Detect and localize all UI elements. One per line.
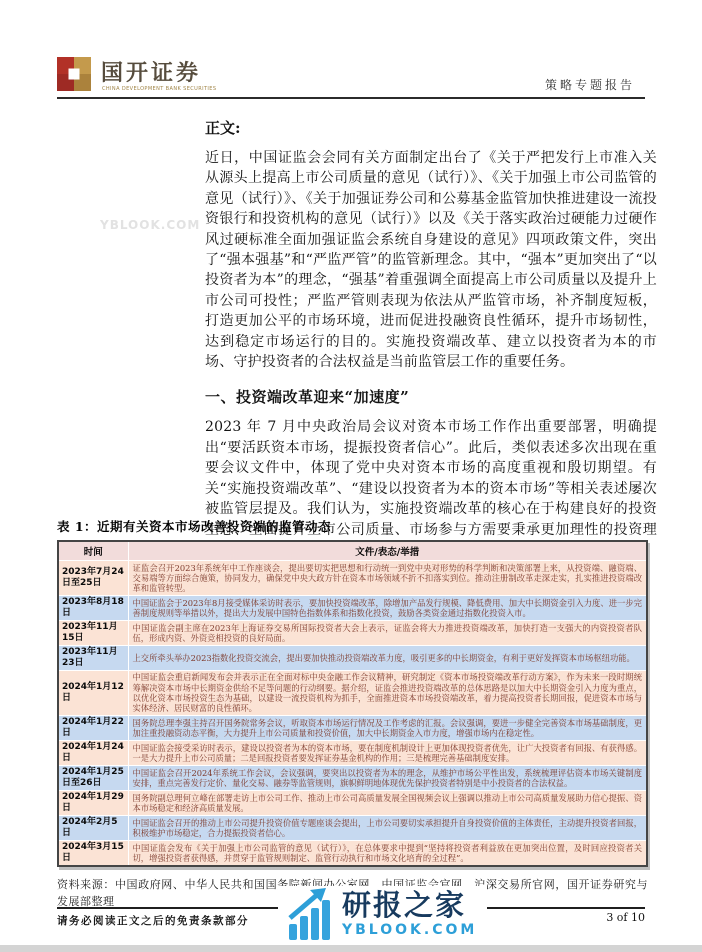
- row-content: 国务院副总理何立峰在部署走访上市公司工作、推动上市公司高质量发展全国视频会议上强…: [128, 791, 647, 816]
- company-name-en: CHINA DEVELOPMENT BANK SECURITIES: [102, 86, 216, 92]
- table-row: 2024年2月5日中国证监会召开的推动上市公司提升投资价值专题座谈会提出，上市公…: [58, 816, 647, 841]
- bar-chart-arrow-icon: [288, 888, 334, 940]
- paragraph: 近日，中国证监会会同有关方面制定出台了《关于严把发行上市准入关从源头上提高上市公…: [205, 148, 657, 372]
- row-date: 2024年1月29日: [58, 791, 128, 816]
- page-number: 3 of 10: [606, 911, 645, 924]
- row-content: 上交所牵头举办2023指数化投资交流会，提出要加快推动投资端改革力度，吸引更多的…: [128, 645, 647, 670]
- row-date: 2024年2月5日: [58, 816, 128, 841]
- row-date: 2024年1月24日: [58, 741, 128, 766]
- table-row: 2024年3月15日中国证监会发布《关于加强上市公司监管的意见（试行）》，在总体…: [58, 841, 647, 867]
- row-content: 中国证监会接受采访时表示，建设以投资者为本的资本市场，要在制度机制设计上更加体现…: [128, 741, 647, 766]
- body-label: 正文:: [205, 117, 657, 138]
- table-row: 2024年1月24日中国证监会接受采访时表示，建设以投资者为本的资本市场，要在制…: [58, 741, 647, 766]
- row-content: 中国证监会召开2024年系统工作会议，会议强调，要突出以投资者为本的理念，从维护…: [128, 766, 647, 791]
- row-content: 中国证监会发布《关于加强上市公司监管的意见（试行）》，在总体要求中提到“坚持将投…: [128, 841, 647, 867]
- row-date: 2024年1月22日: [58, 716, 128, 741]
- row-content: 中国证监会召开的推动上市公司提升投资价值专题座谈会提出，上市公司要切实承担提升自…: [128, 816, 647, 841]
- watermark-logo: 研报之家 YBLOOK.COM: [278, 886, 487, 942]
- table-block: 表 1：近期有关资本市场改善投资端的监管动态 时间 文件/表态/举措 2023年…: [57, 517, 648, 910]
- company-name: 国开证券: [101, 56, 201, 87]
- row-date: 2024年1月12日: [58, 670, 128, 715]
- row-content: 国务院总理李强主持召开国务院常务会议，听取资本市场运行情况及工作考虑的汇报。会议…: [128, 716, 647, 741]
- table-row: 2024年1月12日中国证监会重启新闻发布会并表示正在全面对标中央金融工作会议精…: [58, 670, 647, 715]
- table-title: 表 1：近期有关资本市场改善投资端的监管动态: [57, 517, 648, 535]
- section-heading: 一、投资端改革迎来“加速度”: [205, 386, 657, 407]
- row-date: 2023年8月18日: [58, 595, 128, 620]
- disclaimer-text: 请务必阅读正文之后的免责条款部分: [57, 913, 249, 928]
- page-bottom-strip: [0, 945, 702, 952]
- row-content: 中国证监会于2023年8月接受媒体采访时表示，要加快投资端改革，除增加产品发行规…: [128, 595, 647, 620]
- table-row: 2024年1月22日国务院总理李强主持召开国务院常务会议，听取资本市场运行情况及…: [58, 716, 647, 741]
- table-row: 2023年7月24日至25日证监会召开2023年系统年中工作座谈会，提出要切实把…: [58, 561, 647, 596]
- table-row: 2023年8月18日中国证监会于2023年8月接受媒体采访时表示，要加快投资端改…: [58, 595, 647, 620]
- company-logo-icon: [57, 57, 91, 91]
- row-content: 中国证监会重启新闻发布会并表示正在全面对标中央金融工作会议精神，研究制定《资本市…: [128, 670, 647, 715]
- row-date: 2023年7月24日至25日: [58, 561, 128, 596]
- row-content: 中国证监会副主席在2023年上海证券交易所国际投资者大会上表示，证监会将大力推进…: [128, 620, 647, 645]
- column-header-time: 时间: [58, 541, 128, 561]
- watermark-brand: 研报之家: [342, 891, 477, 920]
- row-content: 证监会召开2023年系统年中工作座谈会，提出要切实把思想和行动统一到党中央对形势…: [128, 561, 647, 596]
- table-row: 2024年1月29日国务院副总理何立峰在部署走访上市公司工作、推动上市公司高质量…: [58, 791, 647, 816]
- row-date: 2024年1月25日至26日: [58, 766, 128, 791]
- row-date: 2024年3月15日: [58, 841, 128, 867]
- report-page: { "header": { "brand_cn": "国开证券", "brand…: [0, 0, 702, 952]
- page-watermark: YBLOOK.COM: [100, 218, 200, 232]
- column-header-measures: 文件/表态/举措: [128, 541, 647, 561]
- document-body: 正文: 近日，中国证监会会同有关方面制定出台了《关于严把发行上市准入关从源头上提…: [205, 117, 657, 560]
- row-date: 2023年11月23日: [58, 645, 128, 670]
- row-date: 2023年11月15日: [58, 620, 128, 645]
- table-row: 2023年11月23日上交所牵头举办2023指数化投资交流会，提出要加快推动投资…: [58, 645, 647, 670]
- table-row: 2023年11月15日中国证监会副主席在2023年上海证券交易所国际投资者大会上…: [58, 620, 647, 645]
- table-header-row: 时间 文件/表态/举措: [58, 541, 647, 561]
- table-row: 2024年1月25日至26日中国证监会召开2024年系统工作会议，会议强调，要突…: [58, 766, 647, 791]
- header-divider: [57, 97, 645, 99]
- report-type-label: 策略专题报告: [545, 76, 635, 93]
- regulatory-actions-table: 时间 文件/表态/举措 2023年7月24日至25日证监会召开2023年系统年中…: [57, 540, 648, 867]
- watermark-site: YBLOOK.COM: [342, 923, 477, 937]
